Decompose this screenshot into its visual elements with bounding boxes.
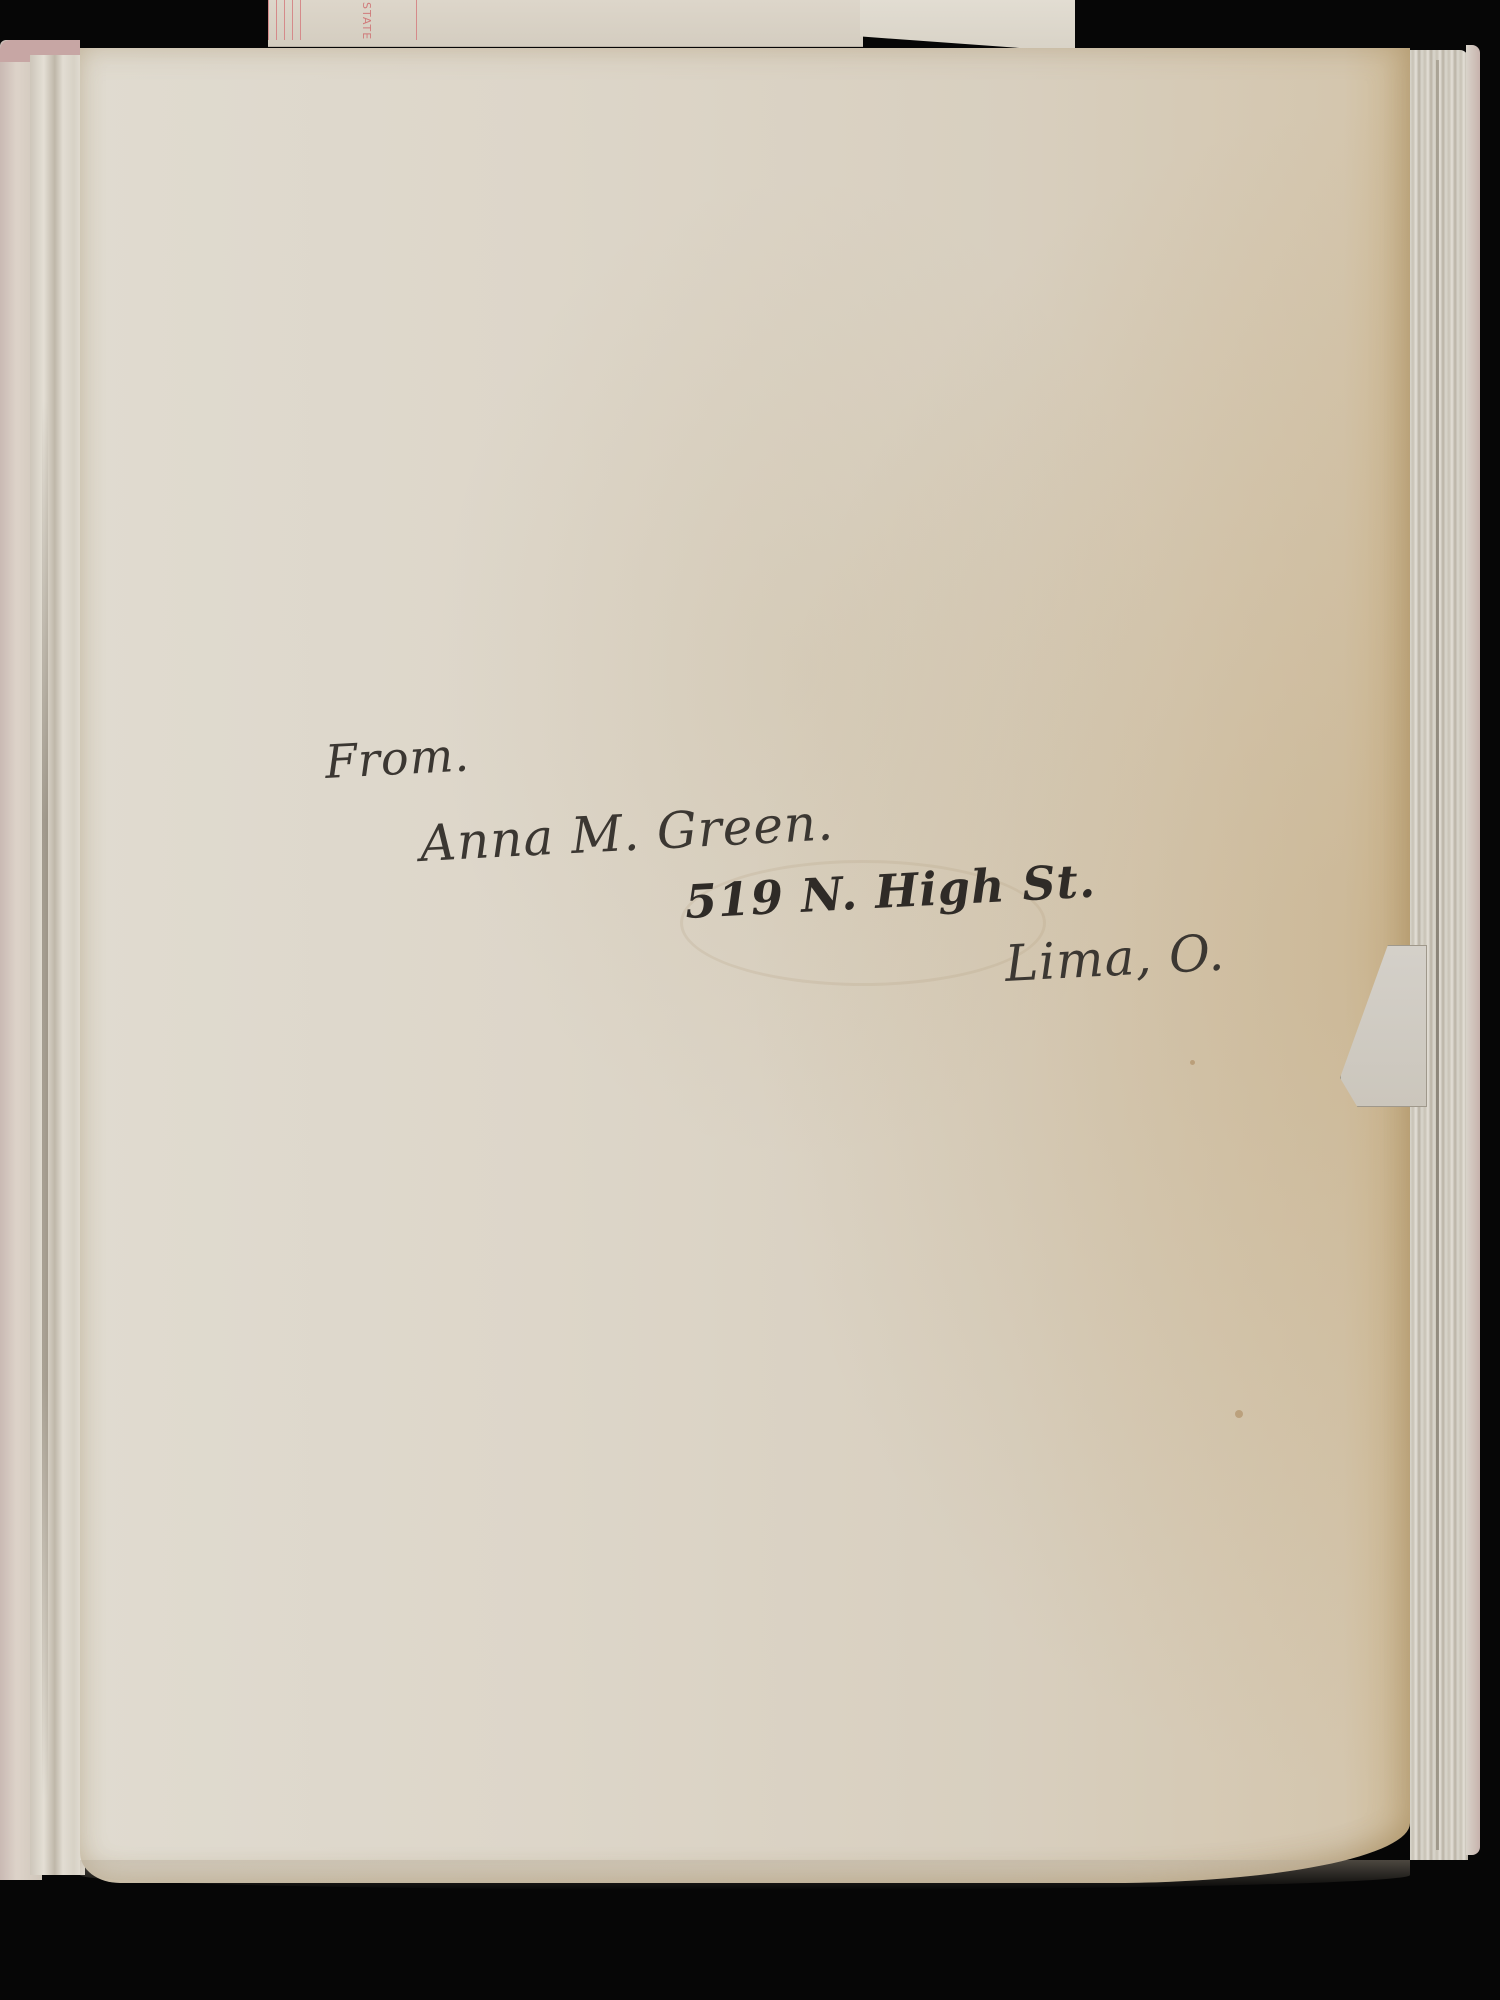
inscription-city: Lima, O. (1003, 924, 1226, 993)
inscription-from: From. (324, 727, 471, 789)
inscription-street: 519 N. High St. (684, 854, 1097, 929)
inscription-name: Anna M. Green. (418, 793, 835, 873)
photo-scene: STATE From. Anna M. Green. 519 N. High S… (0, 0, 1500, 2000)
handwritten-inscription: From. Anna M. Green. 519 N. High St. Lim… (0, 0, 1500, 2000)
